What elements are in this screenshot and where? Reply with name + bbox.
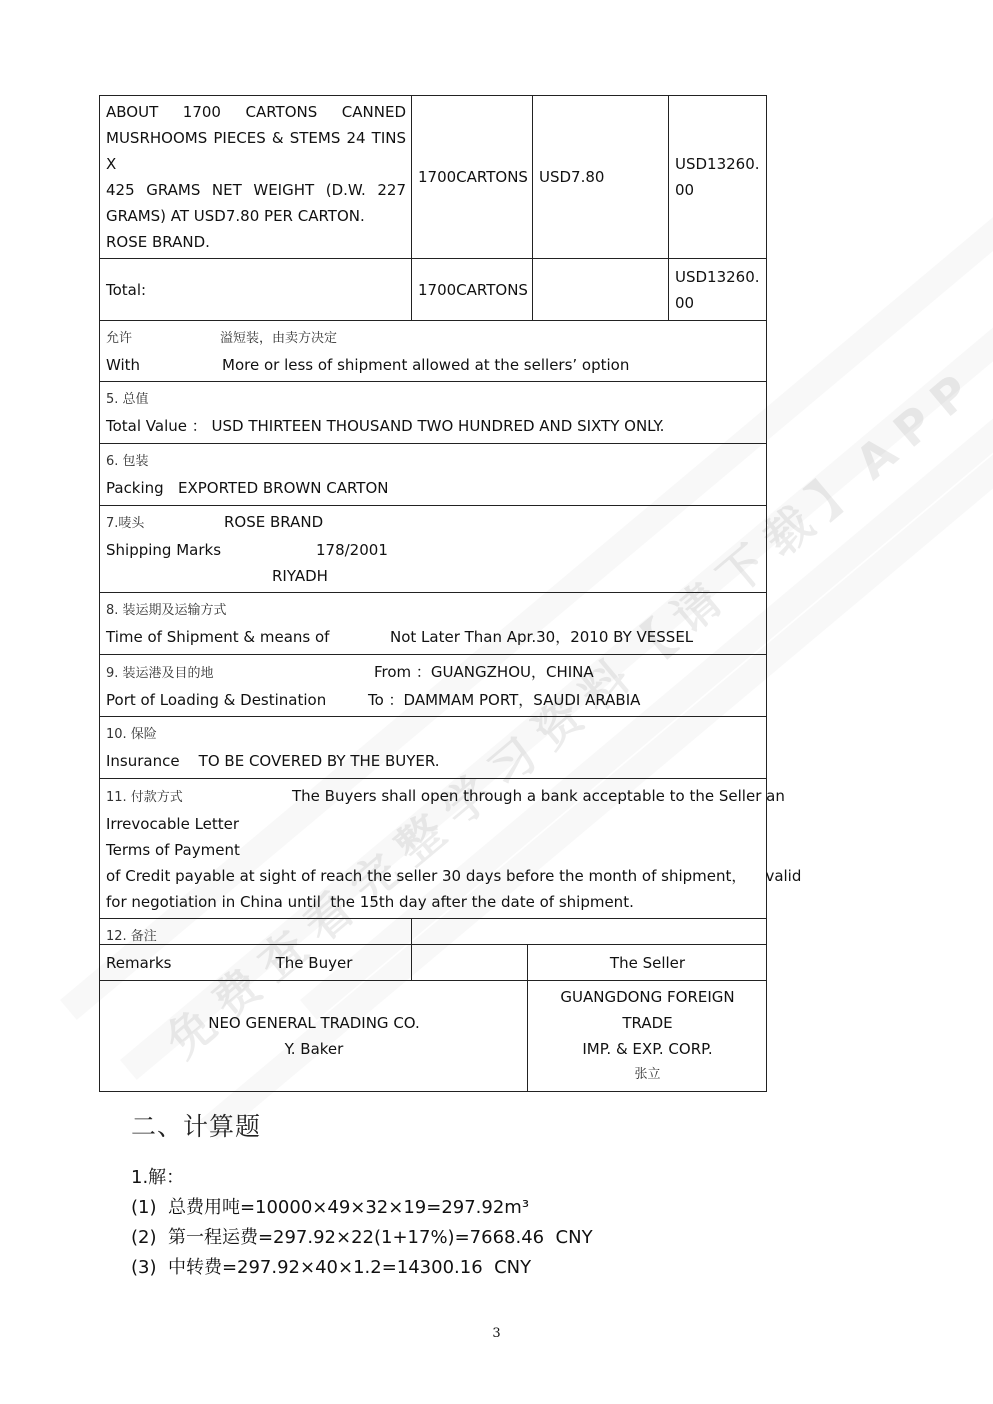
tolerance-cn-value: 溢短装，由卖方决定 — [220, 331, 337, 346]
payment-line: for negotiation in China until the 15th … — [106, 889, 761, 915]
shipment-cell: 8. 装运期及运输方式 Time of Shipment & means ofN… — [100, 593, 767, 655]
payment-row: 11. 付款方式The Buyers shall open through a … — [100, 779, 767, 919]
desc-line: ROSE BRAND. — [106, 229, 406, 255]
mark-line: 178/2001 — [316, 541, 388, 559]
tolerance-en-label: With — [106, 352, 222, 378]
payment-line: Terms of Payment — [106, 837, 761, 863]
tolerance-cn-label: 允许 — [106, 326, 220, 352]
total-value-cn-label: 5. 总值 — [106, 387, 761, 413]
port-en-label: Port of Loading & Destination — [106, 687, 368, 713]
calculation-section: 二、计算题 1.解： (1) 总费用吨=10000×49×32×19=297.9… — [131, 1107, 593, 1283]
desc-line: ABOUT 1700 CARTONS CANNED — [106, 99, 406, 125]
tolerance-row: 允许溢短装，由卖方决定 WithMore or less of shipment… — [100, 321, 767, 382]
packing-row: 6. 包装 Packing EXPORTED BROWN CARTON — [100, 444, 767, 506]
tolerance-en-value: More or less of shipment allowed at the … — [222, 356, 629, 374]
calc-line: (3) 中转费=297.92×40×1.2=14300.16 CNY — [131, 1253, 593, 1283]
packing-cn-label: 6. 包装 — [106, 449, 761, 475]
desc-line: 425 GRAMS NET WEIGHT (D.W. 227 — [106, 177, 406, 203]
seller-name: GUANGDONG FOREIGN TRADE — [534, 984, 761, 1036]
insurance-cn-label: 10. 保险 — [106, 722, 761, 748]
packing-cell: 6. 包装 Packing EXPORTED BROWN CARTON — [100, 444, 767, 506]
calc-line: (1) 总费用吨=10000×49×32×19=297.92m³ — [131, 1193, 593, 1223]
shipping-marks-row: 7.唛头ROSE BRAND Shipping Marks178/2001 RI… — [100, 506, 767, 593]
port-cell: 9. 装运港及目的地From ：GUANGZHOU，CHINA Port of … — [100, 655, 767, 717]
packing-text: Packing EXPORTED BROWN CARTON — [106, 475, 761, 501]
seller-name: IMP. & EXP. CORP. — [534, 1036, 761, 1062]
total-value-cell: 5. 总值 Total Value ： USD THIRTEEN THOUSAN… — [100, 382, 767, 444]
item-amount: USD13260. 00 — [669, 96, 767, 259]
item-quantity: 1700CARTONS — [412, 96, 533, 259]
buyer-cell: NEO GENERAL TRADING CO. Y. Baker — [100, 981, 528, 1092]
total-label: Total: — [100, 259, 412, 321]
payment-cn-label: 11. 付款方式 — [106, 785, 292, 811]
item-unit-price: USD7.80 — [533, 96, 669, 259]
party-header-row: The Buyer The Seller — [100, 945, 767, 981]
amount-line: USD13260. — [675, 264, 761, 290]
total-row: Total: 1700CARTONS USD13260. 00 — [100, 259, 767, 321]
party-name-row: NEO GENERAL TRADING CO. Y. Baker GUANGDO… — [100, 981, 767, 1092]
insurance-row: 10. 保险 Insurance TO BE COVERED BY THE BU… — [100, 717, 767, 779]
desc-line: MUSRHOOMS PIECES & STEMS 24 TINS X — [106, 125, 406, 177]
problem-label: 1.解： — [131, 1163, 593, 1193]
port-cn-label: 9. 装运港及目的地 — [106, 661, 374, 687]
amount-line: 00 — [675, 290, 761, 316]
page-number: 3 — [0, 1326, 993, 1341]
payment-cell: 11. 付款方式The Buyers shall open through a … — [100, 779, 767, 919]
item-description: ABOUT 1700 CARTONS CANNED MUSRHOOMS PIEC… — [100, 96, 412, 259]
desc-line: GRAMS) AT USD7.80 PER CARTON. — [106, 203, 406, 229]
signature-table: The Buyer The Seller NEO GENERAL TRADING… — [99, 944, 767, 1092]
port-row: 9. 装运港及目的地From ：GUANGZHOU，CHINA Port of … — [100, 655, 767, 717]
amount-line: 00 — [675, 177, 761, 203]
mark-line: ROSE BRAND — [224, 513, 323, 531]
insurance-cell: 10. 保险 Insurance TO BE COVERED BY THE BU… — [100, 717, 767, 779]
total-unit-price — [533, 259, 669, 321]
sales-contract-table: ABOUT 1700 CARTONS CANNED MUSRHOOMS PIEC… — [99, 95, 767, 981]
payment-line: The Buyers shall open through a bank acc… — [292, 787, 785, 805]
marks-en-label: Shipping Marks — [106, 537, 316, 563]
section-title: 二、计算题 — [131, 1107, 593, 1143]
item-row: ABOUT 1700 CARTONS CANNED MUSRHOOMS PIEC… — [100, 96, 767, 259]
seller-header: The Seller — [528, 945, 767, 981]
payment-line: of Credit payable at sight of reach the … — [106, 863, 761, 889]
shipment-row: 8. 装运期及运输方式 Time of Shipment & means ofN… — [100, 593, 767, 655]
buyer-signer: Y. Baker — [106, 1036, 522, 1062]
total-value-row: 5. 总值 Total Value ： USD THIRTEEN THOUSAN… — [100, 382, 767, 444]
port-to: To ：DAMMAM PORT，SAUDI ARABIA — [368, 691, 640, 709]
marks-cn-label: 7.唛头 — [106, 511, 224, 537]
amount-line: USD13260. — [675, 151, 761, 177]
payment-line: Irrevocable Letter — [106, 811, 761, 837]
port-from: From ：GUANGZHOU，CHINA — [374, 663, 594, 681]
shipping-marks-cell: 7.唛头ROSE BRAND Shipping Marks178/2001 RI… — [100, 506, 767, 593]
shipment-en-label: Time of Shipment & means of — [106, 624, 390, 650]
mark-line: RIYADH — [106, 563, 761, 589]
tolerance-cell: 允许溢短装，由卖方决定 WithMore or less of shipment… — [100, 321, 767, 382]
total-quantity: 1700CARTONS — [412, 259, 533, 321]
buyer-header: The Buyer — [100, 945, 528, 981]
shipment-cn-label: 8. 装运期及运输方式 — [106, 598, 761, 624]
seller-cell: GUANGDONG FOREIGN TRADE IMP. & EXP. CORP… — [528, 981, 767, 1092]
shipment-value: Not Later Than Apr.30，2010 BY VESSEL — [390, 628, 693, 646]
buyer-name: NEO GENERAL TRADING CO. — [106, 1010, 522, 1036]
total-value-text: Total Value ： USD THIRTEEN THOUSAND TWO … — [106, 413, 761, 439]
calc-line: (2) 第一程运费=297.92×22(1+17%)=7668.46 CNY — [131, 1223, 593, 1253]
seller-signer: 张立 — [534, 1062, 761, 1088]
total-amount: USD13260. 00 — [669, 259, 767, 321]
insurance-text: Insurance TO BE COVERED BY THE BUYER. — [106, 748, 761, 774]
